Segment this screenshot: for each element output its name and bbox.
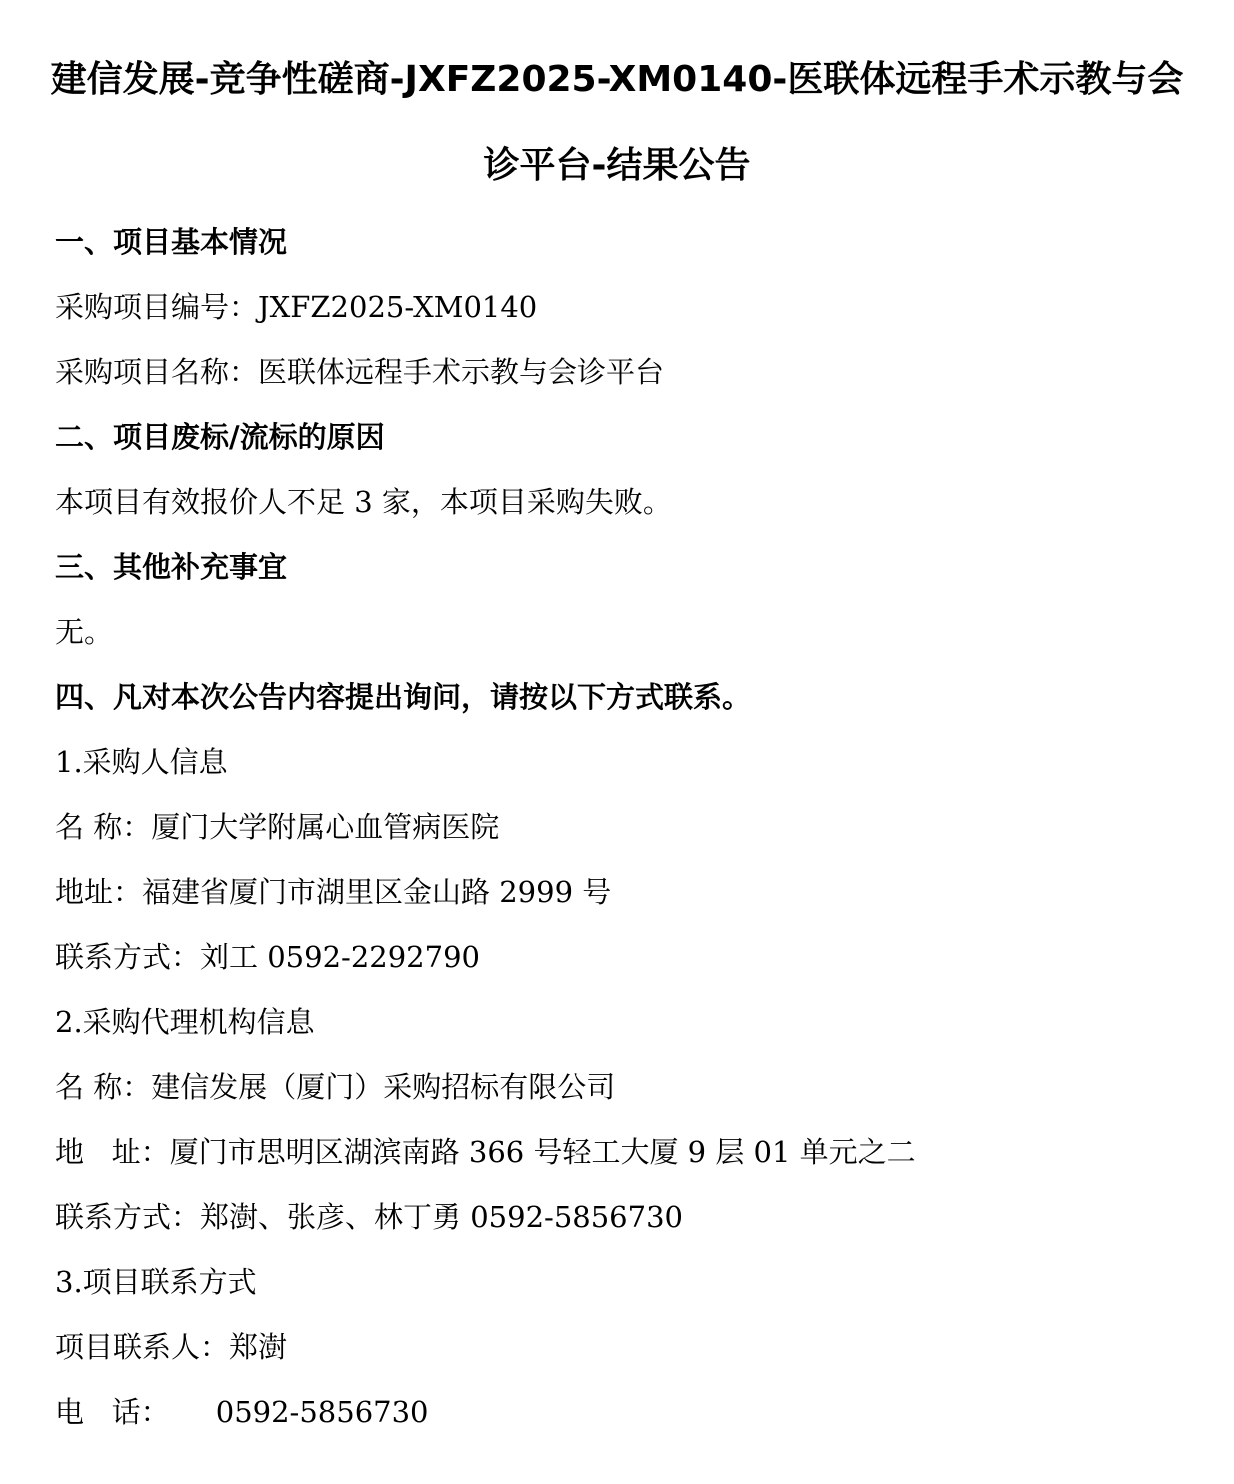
purchaser-address: 地址：福建省厦门市湖里区金山路 2999 号 <box>55 874 611 910</box>
agency-contact: 联系方式：郑澍、张彦、林丁勇 0592-5856730 <box>55 1199 683 1235</box>
section-1-heading: 一、项目基本情况 <box>55 224 287 260</box>
failure-reason: 本项目有效报价人不足 3 家，本项目采购失败。 <box>55 484 672 520</box>
project-contact-person: 项目联系人：郑澍 <box>55 1329 287 1365</box>
document-title-line-1: 建信发展-竞争性磋商-JXFZ2025-XM0140-医联体远程手术示教与会 <box>0 58 1234 102</box>
project-number: 采购项目编号：JXFZ2025-XM0140 <box>55 289 537 325</box>
project-contact-subheading: 3.项目联系方式 <box>55 1264 257 1300</box>
agency-address: 地 址：厦门市思明区湖滨南路 366 号轻工大厦 9 层 01 单元之二 <box>55 1134 916 1170</box>
section-2-heading: 二、项目废标/流标的原因 <box>55 419 385 455</box>
purchaser-name: 名 称：厦门大学附属心血管病医院 <box>55 809 499 845</box>
document-title-line-2: 诊平台-结果公告 <box>0 144 1234 188</box>
purchaser-subheading: 1.采购人信息 <box>55 744 228 780</box>
project-name: 采购项目名称：医联体远程手术示教与会诊平台 <box>55 354 664 390</box>
section-4-heading: 四、凡对本次公告内容提出询问，请按以下方式联系。 <box>55 679 751 715</box>
agency-name: 名 称：建信发展（厦门）采购招标有限公司 <box>55 1069 615 1105</box>
project-contact-phone: 电 话： 0592-5856730 <box>55 1394 429 1430</box>
section-3-heading: 三、其他补充事宜 <box>55 549 287 585</box>
supplementary-content: 无。 <box>55 614 113 650</box>
agency-subheading: 2.采购代理机构信息 <box>55 1004 315 1040</box>
announcement-page: 建信发展-竞争性磋商-JXFZ2025-XM0140-医联体远程手术示教与会 诊… <box>0 0 1234 1484</box>
purchaser-contact: 联系方式：刘工 0592-2292790 <box>55 939 480 975</box>
